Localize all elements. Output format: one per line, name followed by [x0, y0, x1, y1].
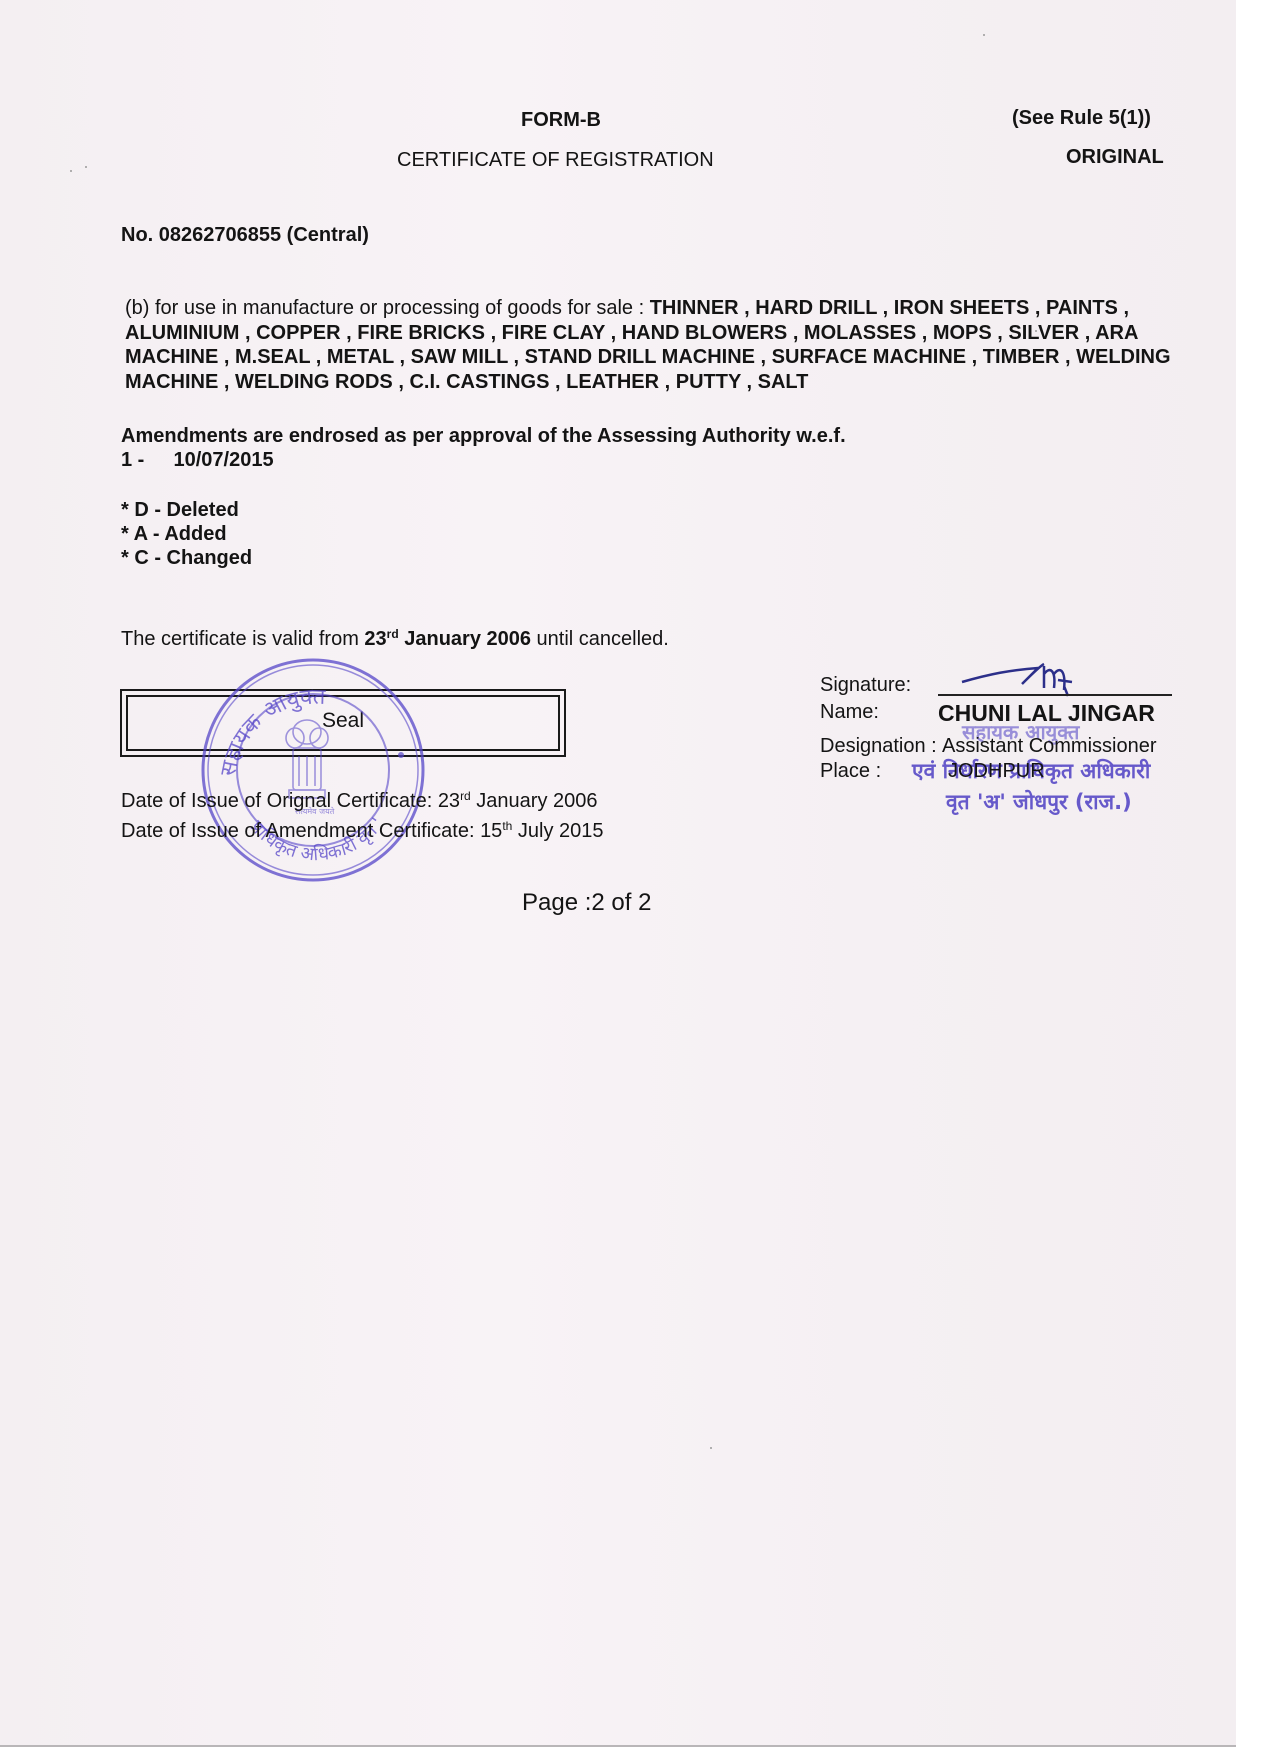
signature-line	[938, 694, 1172, 696]
amendment-issue-date: Date of Issue of Amendment Certificate: …	[121, 819, 604, 844]
validity-month-year: January 2006	[399, 628, 531, 650]
amendments-heading: Amendments are endrosed as per approval …	[121, 424, 846, 449]
official-stamp-icon: सहायक आयुक्त प्राधिकृत अधिकारी वृत 'अ' स…	[195, 652, 435, 892]
copy-type: ORIGINAL	[1066, 146, 1164, 169]
paper-speck	[1035, 330, 1037, 332]
original-date-label: Date of Issue of Orignal Certificate:	[121, 790, 438, 812]
page-number: Page :2 of 2	[522, 889, 651, 917]
amendment-index: 1 -	[121, 449, 144, 471]
place-value: JODHPUR	[948, 759, 1045, 784]
certificate-page: FORM-B CERTIFICATE OF REGISTRATION (See …	[0, 0, 1236, 1747]
paper-speck	[70, 170, 72, 172]
amendment-date-label: Date of Issue of Amendment Certificate:	[121, 820, 480, 842]
legend-added: * A - Added	[121, 522, 227, 547]
paper-speck	[983, 34, 985, 36]
place-label: Place :	[820, 759, 881, 784]
amendment-date: 10/07/2015	[173, 449, 273, 471]
original-month-year: January 2006	[471, 790, 598, 812]
certificate-title: CERTIFICATE OF REGISTRATION	[397, 149, 714, 172]
validity-day-suffix: rd	[387, 627, 399, 641]
validity-suffix: until cancelled.	[531, 628, 669, 650]
amendment-entry: 1 - 10/07/2015	[121, 448, 274, 473]
original-day: 23	[438, 790, 460, 812]
goods-intro: (b) for use in manufacture or processing…	[125, 297, 650, 319]
seal-label: Seal	[122, 709, 564, 733]
legend-deleted: * D - Deleted	[121, 498, 239, 523]
seal-box: Seal	[120, 689, 566, 757]
validity-day: 23	[364, 628, 386, 650]
amendment-day: 15	[480, 820, 502, 842]
designation-value: Assistant Commissioner	[942, 734, 1157, 759]
validity-statement: The certificate is valid from 23rd Janua…	[121, 627, 669, 652]
original-day-suffix: rd	[460, 789, 471, 803]
paper-speck	[710, 1447, 712, 1449]
original-issue-date: Date of Issue of Orignal Certificate: 23…	[121, 789, 598, 814]
name-label: Name:	[820, 700, 879, 725]
hindi-stamp-line-3: वृत 'अ' जोधपुर (राज.)	[946, 788, 1132, 816]
goods-paragraph: (b) for use in manufacture or processing…	[125, 296, 1215, 394]
signature-label: Signature:	[820, 673, 911, 698]
paper-speck	[85, 166, 87, 168]
rule-reference: (See Rule 5(1))	[1012, 107, 1151, 130]
designation-label: Designation :	[820, 734, 937, 759]
amendment-day-suffix: th	[502, 819, 512, 833]
validity-prefix: The certificate is valid from	[121, 628, 364, 650]
form-title: FORM-B	[521, 109, 601, 132]
registration-number: No. 08262706855 (Central)	[121, 224, 369, 247]
legend-changed: * C - Changed	[121, 546, 252, 571]
amendment-month-year: July 2015	[512, 820, 603, 842]
